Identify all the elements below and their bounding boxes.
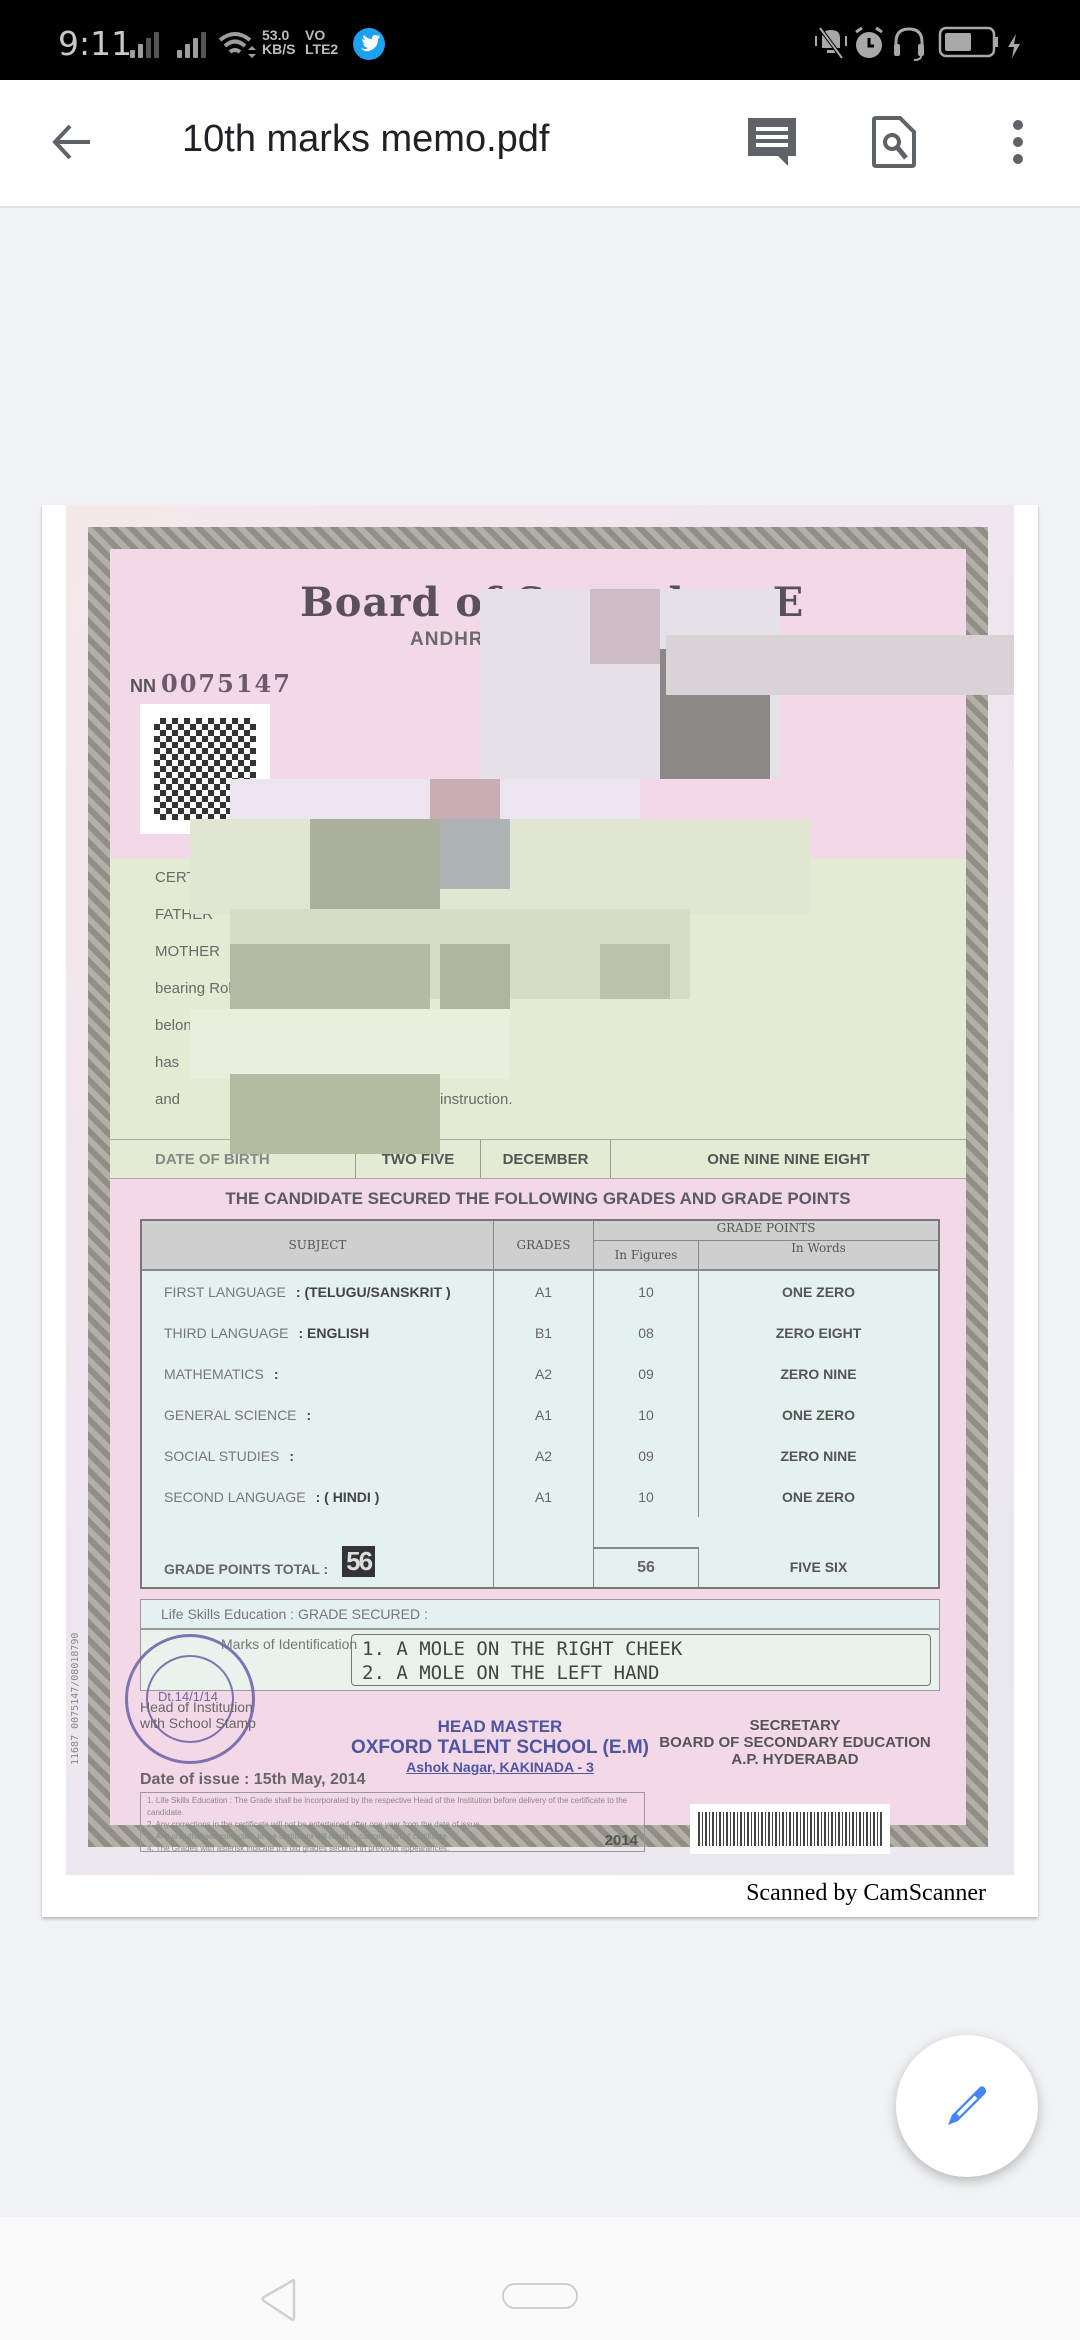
field-label: MOTHER bbox=[155, 943, 220, 960]
total-words: FIVE SIX bbox=[699, 1547, 938, 1587]
subject-name: GENERAL SCIENCE bbox=[164, 1407, 297, 1423]
note-item: 2. Any corrections in the certificate wi… bbox=[147, 1819, 638, 1831]
date-of-issue: Date of issue : 15th May, 2014 bbox=[140, 1771, 366, 1789]
alarm-icon bbox=[852, 26, 886, 60]
document-title: 10th marks memo.pdf bbox=[182, 118, 549, 161]
volte-indicator: VO LTE2 bbox=[305, 28, 338, 56]
battery-icon bbox=[938, 26, 1000, 58]
field-label: bearing Roll bbox=[155, 980, 235, 997]
marks-list: 1. A MOLE ON THE RIGHT CHEEK 2. A MOLE O… bbox=[351, 1634, 931, 1686]
table-row: GENERAL SCIENCE:A110ONE ZERO bbox=[142, 1394, 938, 1435]
pdf-viewer[interactable]: Board of Secondary E ANDHRA PRADESH, IND… bbox=[0, 210, 1080, 2215]
subject-cell: SECOND LANGUAGE: ( HINDI ) bbox=[142, 1476, 494, 1517]
subject-cell: MATHEMATICS: bbox=[142, 1353, 494, 1394]
words-cell: ONE ZERO bbox=[699, 1394, 938, 1435]
grade-cell: A1 bbox=[494, 1271, 594, 1312]
subject-cell: GENERAL SCIENCE: bbox=[142, 1394, 494, 1435]
mark-item: 2. A MOLE ON THE LEFT HAND bbox=[362, 1661, 920, 1685]
subject-detail: : ( HINDI ) bbox=[316, 1489, 380, 1505]
secretary-line: A.P. HYDERABAD bbox=[630, 1751, 960, 1768]
header-subject: SUBJECT bbox=[142, 1221, 494, 1269]
grade-cell: A2 bbox=[494, 1353, 594, 1394]
table-row: SOCIAL STUDIES:A209ZERO NINE bbox=[142, 1435, 938, 1476]
dob-month: DECEMBER bbox=[480, 1140, 610, 1178]
subject-name: SECOND LANGUAGE bbox=[164, 1489, 306, 1505]
figures-cell: 08 bbox=[594, 1312, 699, 1353]
words-cell: ONE ZERO bbox=[699, 1476, 938, 1517]
certificate-notes: 1. Life Skills Education : The Grade sha… bbox=[140, 1792, 645, 1852]
status-bar: 9:11 53.0 KB/S VO LTE2 bbox=[0, 0, 1080, 80]
total-grade-cell bbox=[494, 1517, 594, 1587]
subject-detail: : ENGLISH bbox=[298, 1325, 369, 1341]
certificate: Board of Secondary E ANDHRA PRADESH, IND… bbox=[88, 527, 988, 1847]
head-of-institution: Head of Institution with School Stamp bbox=[140, 1699, 256, 1731]
system-nav-bar bbox=[0, 2217, 1080, 2340]
note-item: 3. Any unauthorised correction in the ce… bbox=[147, 1831, 638, 1843]
vibrate-off-icon bbox=[812, 26, 850, 60]
hm-line: OXFORD TALENT SCHOOL (E.M) bbox=[350, 1737, 650, 1759]
figures-cell: 09 bbox=[594, 1435, 699, 1476]
grade-cell: B1 bbox=[494, 1312, 594, 1353]
secretary-signature: SECRETARY BOARD OF SECONDARY EDUCATION A… bbox=[630, 1717, 960, 1768]
grade-cell: A1 bbox=[494, 1394, 594, 1435]
figures-cell: 09 bbox=[594, 1353, 699, 1394]
grades-heading: THE CANDIDATE SECURED THE FOLLOWING GRAD… bbox=[110, 1189, 966, 1209]
total-figures: 56 bbox=[594, 1547, 699, 1587]
marks-label: Marks of Identification bbox=[221, 1636, 357, 1652]
subject-detail: : bbox=[307, 1407, 312, 1423]
subject-name: MATHEMATICS bbox=[164, 1366, 264, 1382]
grade-cell: A1 bbox=[494, 1476, 594, 1517]
signal-icon bbox=[130, 30, 159, 58]
find-in-page-icon bbox=[872, 116, 916, 168]
charging-icon bbox=[1006, 34, 1022, 58]
table-row: SECOND LANGUAGE: ( HINDI )A110ONE ZERO bbox=[142, 1476, 938, 1517]
wifi-icon bbox=[218, 30, 256, 60]
barcode bbox=[690, 1804, 890, 1854]
header-grade-points-label: GRADE POINTS bbox=[594, 1221, 938, 1241]
nav-back-icon[interactable] bbox=[258, 2277, 298, 2323]
camscanner-watermark: Scanned by CamScanner bbox=[746, 1880, 986, 1907]
subject-name: SOCIAL STUDIES bbox=[164, 1448, 279, 1464]
header-in-words: In Words bbox=[699, 1241, 938, 1269]
notes-year: 2014 bbox=[605, 1835, 638, 1847]
subject-name: THIRD LANGUAGE bbox=[164, 1325, 288, 1341]
subject-detail: : bbox=[289, 1448, 294, 1464]
words-cell: ZERO NINE bbox=[699, 1435, 938, 1476]
secretary-line: SECRETARY bbox=[630, 1717, 960, 1734]
more-vert-icon bbox=[1011, 119, 1025, 165]
dob-year: ONE NINE NINE EIGHT bbox=[610, 1140, 966, 1178]
table-row: MATHEMATICS:A209ZERO NINE bbox=[142, 1353, 938, 1394]
hoi-line: Head of Institution bbox=[140, 1699, 256, 1715]
table-row: THIRD LANGUAGE: ENGLISHB108ZERO EIGHT bbox=[142, 1312, 938, 1353]
life-skills-row: Life Skills Education : GRADE SECURED : bbox=[140, 1599, 940, 1629]
mark-item: 1. A MOLE ON THE RIGHT CHEEK bbox=[362, 1637, 920, 1661]
header-grade-points: GRADE POINTS In Figures In Words bbox=[594, 1221, 938, 1269]
volte-top: VO bbox=[305, 28, 338, 42]
subject-detail: : bbox=[274, 1366, 279, 1382]
field-label: has bbox=[155, 1054, 179, 1071]
pdf-page: Board of Secondary E ANDHRA PRADESH, IND… bbox=[42, 505, 1038, 1917]
header-grades: GRADES bbox=[494, 1221, 594, 1269]
signal-icon bbox=[177, 30, 206, 58]
note-item: 4. The Grades with asterisk indicate the… bbox=[147, 1843, 638, 1855]
serial-number: NN 0075147 bbox=[130, 669, 292, 698]
grades-table: SUBJECT GRADES GRADE POINTS In Figures I… bbox=[140, 1219, 940, 1589]
nav-home-icon[interactable] bbox=[502, 2283, 578, 2309]
subject-name: FIRST LANGUAGE bbox=[164, 1284, 286, 1300]
find-in-page-button[interactable] bbox=[862, 110, 926, 174]
table-row: FIRST LANGUAGE: (TELUGU/SANSKRIT )A110ON… bbox=[142, 1271, 938, 1312]
clock: 9:11 bbox=[58, 24, 132, 63]
grade-rows: FIRST LANGUAGE: (TELUGU/SANSKRIT )A110ON… bbox=[142, 1271, 938, 1517]
field-tail: instruction. bbox=[440, 1091, 513, 1108]
total-row: GRADE POINTS TOTAL : 56 56 FIVE SIX bbox=[142, 1517, 938, 1587]
subject-cell: THIRD LANGUAGE: ENGLISH bbox=[142, 1312, 494, 1353]
net-speed-unit: KB/S bbox=[262, 42, 295, 56]
total-label-text: GRADE POINTS TOTAL : bbox=[164, 1561, 328, 1577]
subject-cell: SOCIAL STUDIES: bbox=[142, 1435, 494, 1476]
serial-value: 0075147 bbox=[161, 669, 292, 698]
hm-line: Ashok Nagar, KAKINADA - 3 bbox=[350, 1759, 650, 1775]
head-master-signature: HEAD MASTER OXFORD TALENT SCHOOL (E.M) A… bbox=[350, 1717, 650, 1775]
note-item: 1. Life Skills Education : The Grade sha… bbox=[147, 1795, 638, 1819]
header-in-figures: In Figures bbox=[594, 1241, 699, 1269]
twitter-icon bbox=[353, 28, 385, 60]
figures-cell: 10 bbox=[594, 1476, 699, 1517]
hoi-line: with School Stamp bbox=[140, 1715, 256, 1731]
arrow-back-icon bbox=[50, 120, 94, 164]
edit-button[interactable] bbox=[896, 2035, 1038, 2177]
total-label: GRADE POINTS TOTAL : 56 bbox=[142, 1517, 494, 1587]
network-speed: 53.0 KB/S bbox=[262, 28, 295, 56]
app-bar: 10th marks memo.pdf bbox=[0, 80, 1080, 208]
grades-table-header: SUBJECT GRADES GRADE POINTS In Figures I… bbox=[142, 1221, 938, 1271]
scanned-certificate-image: Board of Secondary E ANDHRA PRADESH, IND… bbox=[66, 505, 1014, 1875]
figures-cell: 10 bbox=[594, 1271, 699, 1312]
headset-icon bbox=[892, 26, 926, 62]
words-cell: ONE ZERO bbox=[699, 1271, 938, 1312]
subject-cell: FIRST LANGUAGE: (TELUGU/SANSKRIT ) bbox=[142, 1271, 494, 1312]
field-label: and bbox=[155, 1091, 180, 1108]
words-cell: ZERO NINE bbox=[699, 1353, 938, 1394]
words-cell: ZERO EIGHT bbox=[699, 1312, 938, 1353]
redaction-mosaic-edge bbox=[666, 635, 1014, 695]
side-serial: 11687 0075147/08018790 bbox=[70, 1633, 81, 1765]
marks-of-identification: Marks of Identification 1. A MOLE ON THE… bbox=[140, 1629, 940, 1691]
figures-cell: 10 bbox=[594, 1394, 699, 1435]
hm-line: HEAD MASTER bbox=[350, 1717, 650, 1737]
grade-cell: A2 bbox=[494, 1435, 594, 1476]
subject-detail: : (TELUGU/SANSKRIT ) bbox=[296, 1284, 451, 1300]
serial-prefix: NN bbox=[130, 676, 156, 696]
total-box: 56 bbox=[342, 1546, 375, 1577]
net-speed-value: 53.0 bbox=[262, 28, 295, 42]
more-options-button[interactable] bbox=[986, 110, 1050, 174]
back-button[interactable] bbox=[40, 110, 104, 174]
comment-icon bbox=[746, 116, 798, 168]
edit-pencil-icon bbox=[942, 2081, 992, 2131]
secretary-line: BOARD OF SECONDARY EDUCATION bbox=[630, 1734, 960, 1751]
volte-bottom: LTE2 bbox=[305, 42, 338, 56]
comment-button[interactable] bbox=[740, 110, 804, 174]
